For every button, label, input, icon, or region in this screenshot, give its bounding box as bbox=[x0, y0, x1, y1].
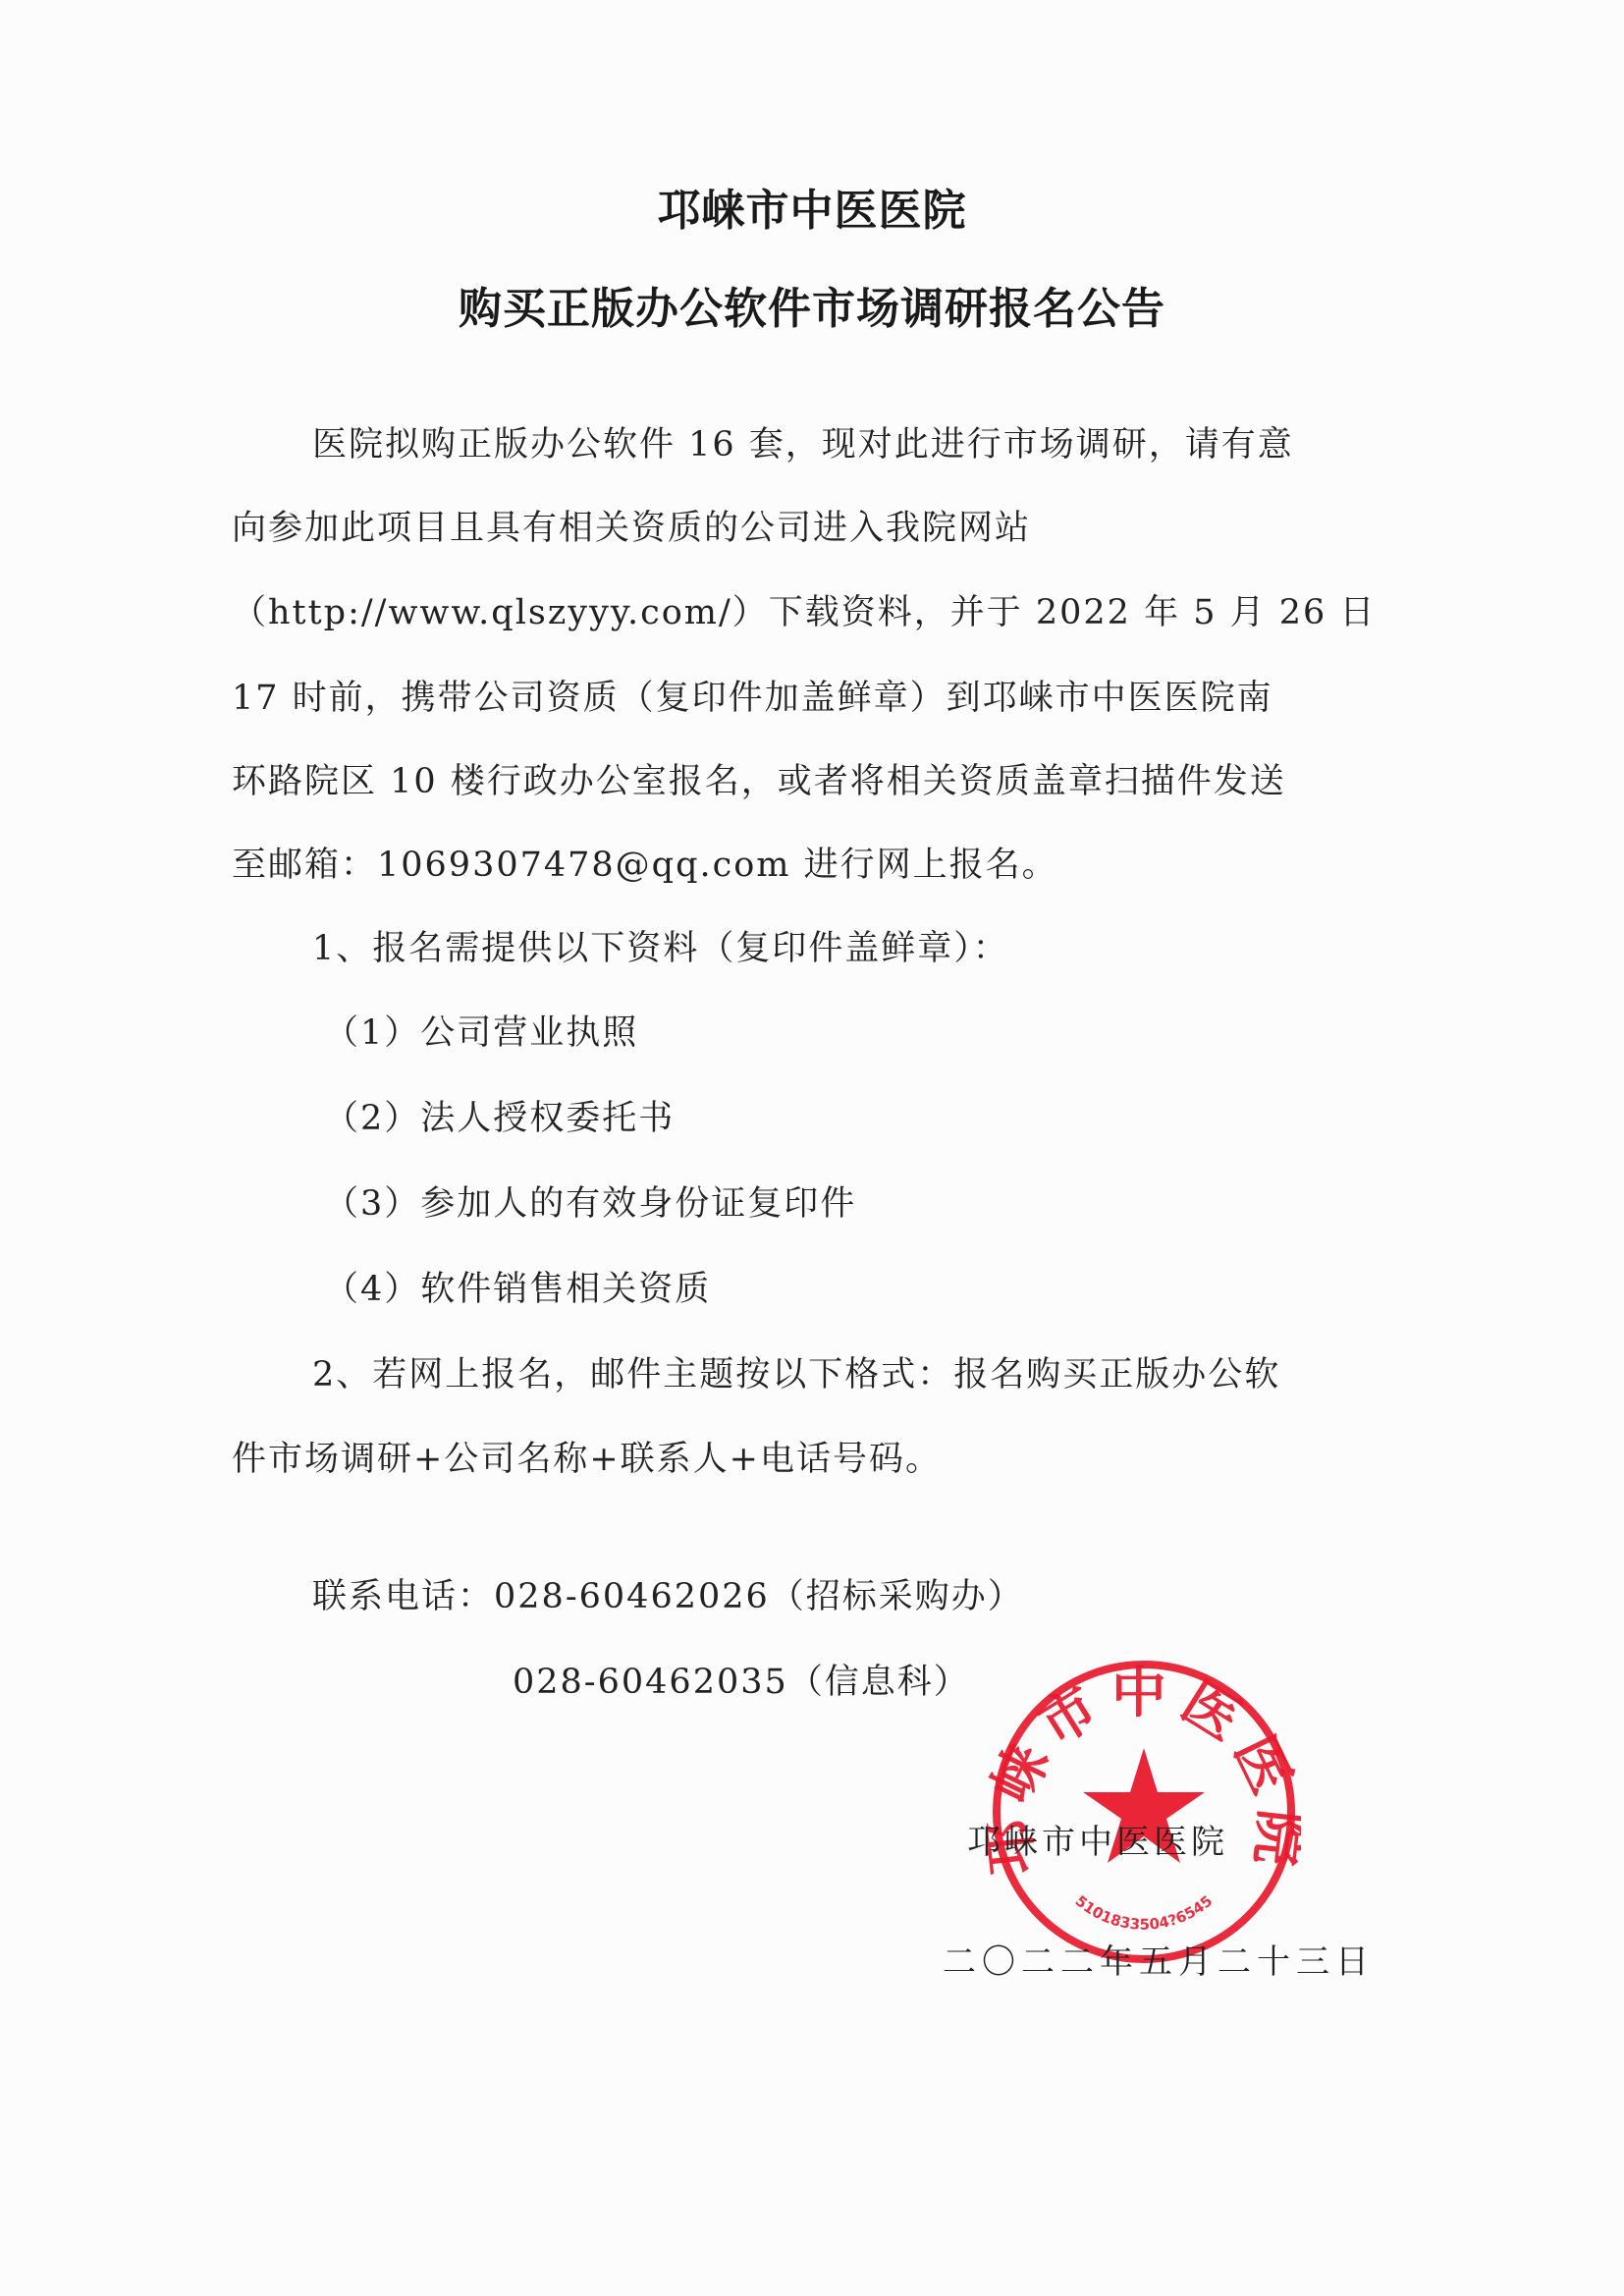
contact-line-1: 联系电话：028-60462026（招标采购办） bbox=[312, 1569, 1024, 1618]
document-title-subject: 购买正版办公软件市场调研报名公告 bbox=[0, 273, 1624, 336]
requirement-item-2: （2）法人授权委托书 bbox=[324, 1091, 675, 1140]
document-title-org: 邛崃市中医医院 bbox=[0, 175, 1624, 238]
svg-text:5101833504?6545: 5101833504?6545 bbox=[1072, 1892, 1217, 1934]
contact-phone-it: 028-60462035（信息科） bbox=[513, 1655, 970, 1704]
requirement-item-1: （1）公司营业执照 bbox=[324, 1006, 638, 1055]
official-seal-stamp: 邛崃市中医医院 5101833504?6545 bbox=[987, 1655, 1301, 1969]
paragraph-line-3: （http://www.qlszyyy.com/）下载资料，并于 2022 年 … bbox=[232, 585, 1376, 634]
email-format-line-2: 件市场调研+公司名称+联系人+电话号码。 bbox=[232, 1432, 942, 1481]
signature-organization: 邛崃市中医医院 bbox=[967, 1815, 1228, 1863]
requirement-item-4: （4）软件销售相关资质 bbox=[324, 1262, 711, 1311]
requirement-item-3: （3）参加人的有效身份证复印件 bbox=[324, 1176, 856, 1226]
signature-date: 二〇二二年五月二十三日 bbox=[943, 1935, 1375, 1983]
paragraph-line-2: 向参加此项目且具有相关资质的公司进入我院网站 bbox=[232, 501, 1031, 550]
paragraph-line-4: 17 时前，携带公司资质（复印件加盖鲜章）到邛崃市中医医院南 bbox=[232, 671, 1273, 720]
contact-label: 联系电话： bbox=[312, 1577, 494, 1616]
paragraph-line-6: 至邮箱：1069307478@qq.com 进行网上报名。 bbox=[232, 838, 1058, 887]
paragraph-line-1: 医院拟购正版办公软件 16 套，现对此进行市场调研，请有意 bbox=[312, 417, 1294, 466]
document-page: 邛崃市中医医院 购买正版办公软件市场调研报名公告 医院拟购正版办公软件 16 套… bbox=[0, 0, 1624, 2296]
email-format-line-1: 2、若网上报名，邮件主题按以下格式：报名购买正版办公软 bbox=[312, 1347, 1280, 1396]
paragraph-line-5: 环路院区 10 楼行政办公室报名，或者将相关资质盖章扫描件发送 bbox=[232, 754, 1286, 803]
stamp-serial: 5101833504?6545 bbox=[1072, 1892, 1217, 1934]
requirement-heading: 1、报名需提供以下资料（复印件盖鲜章）： bbox=[312, 921, 1009, 970]
contact-phone-procurement: 028-60462026（招标采购办） bbox=[494, 1577, 1024, 1616]
